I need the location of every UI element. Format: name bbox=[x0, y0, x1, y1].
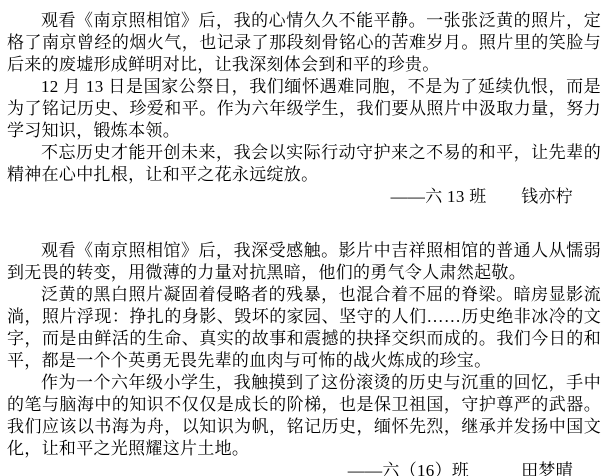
essay-2-paragraph-3: 作为一个六年级小学生，我触摸到了这份滚烫的历史与沉重的回忆，手中的笔与脑海中的知… bbox=[7, 372, 601, 460]
essay-2-paragraph-2: 泛黄的黑白照片凝固着侵略者的残暴，也混合着不屈的脊梁。暗房显影流淌，照片浮现：挣… bbox=[7, 284, 601, 372]
essay-1-paragraph-3: 不忘历史才能开创未来，我会以实际行动守护来之不易的和平，让先辈的精神在心中扎根，… bbox=[7, 142, 601, 186]
essay-1-signature: ——六 13 班 钱亦柠 bbox=[7, 186, 601, 208]
essay-2: 观看《南京照相馆》后，我深受感触。影片中吉祥照相馆的普通人从懦弱到无畏的转变，用… bbox=[7, 240, 601, 476]
essay-1: 观看《南京照相馆》后，我的心情久久不能平静。一张张泛黄的照片，定格了南京曾经的烟… bbox=[7, 10, 601, 208]
essay-1-paragraph-1: 观看《南京照相馆》后，我的心情久久不能平静。一张张泛黄的照片，定格了南京曾经的烟… bbox=[7, 10, 601, 76]
essay-2-paragraph-1: 观看《南京照相馆》后，我深受感触。影片中吉祥照相馆的普通人从懦弱到无畏的转变，用… bbox=[7, 240, 601, 284]
essay-1-paragraph-2: 12 月 13 日是国家公祭日，我们缅怀遇难同胞，不是为了延续仇恨，而是为了铭记… bbox=[7, 76, 601, 142]
document-page: 观看《南京照相馆》后，我的心情久久不能平静。一张张泛黄的照片，定格了南京曾经的烟… bbox=[0, 0, 609, 476]
essay-2-signature: ——六（16）班 田梦晴 bbox=[7, 460, 601, 476]
